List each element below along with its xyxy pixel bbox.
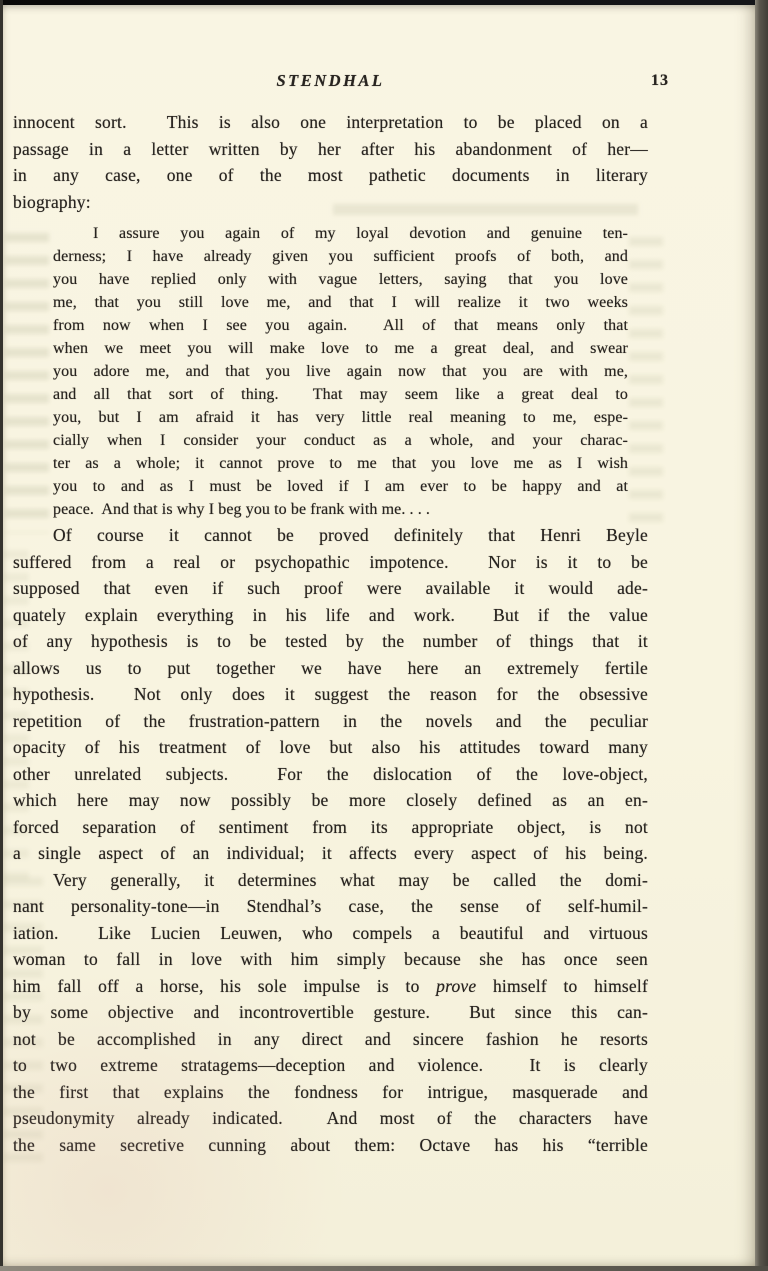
text-line: innocent sort. This is also one interpre… [13,109,648,136]
page-number: 13 [651,72,669,90]
text-line: and all that sort of thing. That may see… [53,383,628,406]
text-line: you to and as I must be loved if I am ev… [53,475,628,498]
text-line: pseudonymity already indicated. And most… [13,1105,648,1132]
scan-edge-bottom [0,1266,768,1271]
text-line: by some objective and incontrovertible g… [13,999,648,1026]
text-line: allows us to put together we have here a… [13,655,648,682]
text-line: opacity of his treatment of love but als… [13,734,648,761]
text-line: hypothesis. Not only does it suggest the… [13,681,648,708]
text-line: passage in a letter written by her after… [13,136,648,163]
text-line: when we meet you will make love to me a … [53,337,628,360]
letter-blockquote: I assure you again of my loyal devotion … [53,222,628,521]
running-head-title: STENDHAL [276,71,384,90]
text-line: iation. Like Lucien Leuwen, who compels … [13,920,648,947]
text-line: supposed that even if such proof were av… [13,575,648,602]
paragraph: Very generally, it determines what may b… [13,867,648,1159]
text-line: you adore me, and that you live again no… [53,360,628,383]
text-line: suffered from a real or psychopathic imp… [13,549,648,576]
text-line: biography: [13,189,648,216]
text-line: nant personality-tone—in Stendhal’s case… [13,893,648,920]
paragraph: Of course it cannot be proved definitely… [13,522,648,867]
page-text-block: innocent sort. This is also one interpre… [13,109,648,1158]
text-line: other unrelated subjects. For the disloc… [13,761,648,788]
text-line: peace. And that is why I beg you to be f… [53,498,628,521]
text-line: of any hypothesis is to be tested by the… [13,628,648,655]
text-line: a single aspect of an individual; it aff… [13,840,648,867]
scan-edge-left [0,0,3,1271]
text-line: cially when I consider your conduct as a… [53,429,628,452]
text-line: which here may now possibly be more clos… [13,787,648,814]
scan-edge-top [0,0,768,5]
paragraph: innocent sort. This is also one interpre… [13,109,648,215]
text-line: from now when I see you again. All of th… [53,314,628,337]
text-line: me, that you still love me, and that I w… [53,291,628,314]
text-line: you, but I am afraid it has very little … [53,406,628,429]
text-line: woman to fall in love with him simply be… [13,946,648,973]
text-line: derness; I have already given you suffic… [53,245,628,268]
text-line: Of course it cannot be proved definitely… [13,522,648,549]
text-line: you have replied only with vague letters… [53,268,628,291]
text-line: not be accomplished in any direct and si… [13,1026,648,1053]
book-page-paper: STENDHAL 13 innocent sort. This is also … [3,5,755,1266]
text-line: repetition of the frustration-pattern in… [13,708,648,735]
scanned-book-page: STENDHAL 13 innocent sort. This is also … [0,0,768,1271]
text-line: to two extreme stratagems—deception and … [13,1052,648,1079]
text-line: quately explain everything in his life a… [13,602,648,629]
text-line: the first that explains the fondness for… [13,1079,648,1106]
text-line: Very generally, it determines what may b… [13,867,648,894]
text-line: him fall off a horse, his sole impulse i… [13,973,648,1000]
text-line: I assure you again of my loyal devotion … [53,222,628,245]
book-spine-edge [755,0,768,1271]
text-line: in any case, one of the most pathetic do… [13,162,648,189]
text-line: the same secretive cunning about them: O… [13,1132,648,1159]
page-header: STENDHAL 13 [13,71,648,91]
text-line: ter as a whole; it cannot prove to me th… [53,452,628,475]
text-line: forced separation of sentiment from its … [13,814,648,841]
